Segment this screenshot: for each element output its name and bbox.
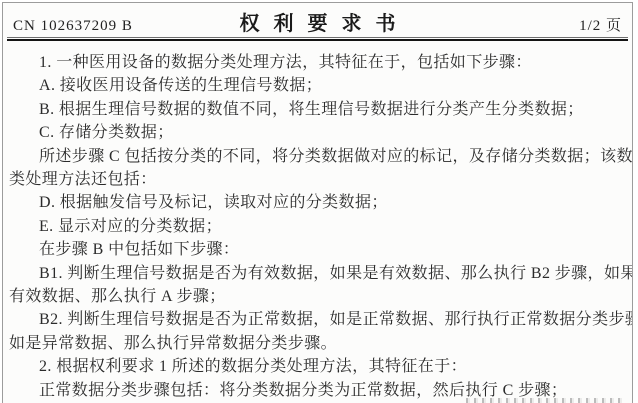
claim-line: E. 显示对应的分类数据； — [9, 215, 626, 238]
claim-line: 有效数据、那么执行 A 步骤； — [9, 285, 626, 308]
claim-line: B1. 判断生理信号数据是否为有效数据，如果是有效数据、那么执行 B2 步骤，如… — [9, 262, 626, 285]
claim-line: B2. 判断生理信号数据是否为正常数据，如是正常数据、那行执行正常数据分类步骤， — [9, 308, 626, 331]
claim-line: 在步骤 B 中包括如下步骤： — [9, 238, 626, 261]
patent-claims-page: CN 102637209 B 权利要求书 1/2 页 1. 一种医用设备的数据分… — [2, 2, 633, 403]
clipped-next-line-artifact — [466, 398, 624, 403]
page-header: CN 102637209 B 权利要求书 1/2 页 — [3, 3, 632, 36]
claim-line: 类处理方法还包括： — [9, 168, 626, 191]
publication-number: CN 102637209 B — [13, 18, 133, 36]
claim-line: 1. 一种医用设备的数据分类处理方法，其特征在于，包括如下步骤： — [9, 51, 626, 74]
document-title: 权利要求书 — [240, 7, 410, 36]
claim-line: 如是异常数据、那么执行异常数据分类步骤。 — [9, 332, 626, 355]
page-number-indicator: 1/2 页 — [579, 14, 622, 36]
claim-line: B. 根据生理信号数据的数值不同，将生理信号数据进行分类产生分类数据； — [9, 98, 626, 121]
claim-line: 所述步骤 C 包括按分类的不同，将分类数据做对应的标记，及存储分类数据；该数据分 — [9, 145, 626, 168]
claim-line: 2. 根据权利要求 1 所述的数据分类处理方法，其特征在于： — [9, 355, 626, 378]
claim-line: D. 根据触发信号及标记，读取对应的分类数据； — [9, 191, 626, 214]
claim-line: C. 存储分类数据； — [9, 121, 626, 144]
claim-line: A. 接收医用设备传送的生理信号数据； — [9, 74, 626, 97]
claims-text-body: 1. 一种医用设备的数据分类处理方法，其特征在于，包括如下步骤： A. 接收医用… — [3, 41, 632, 402]
